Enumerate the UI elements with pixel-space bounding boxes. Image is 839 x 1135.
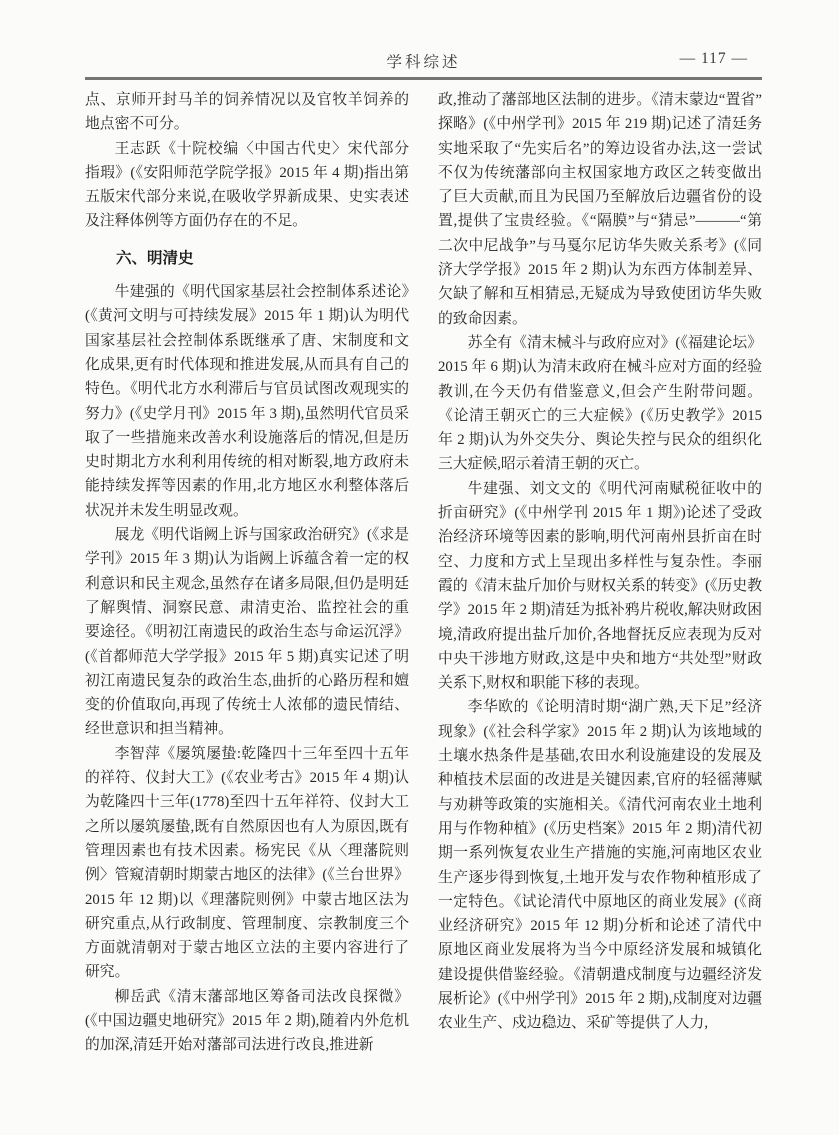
paragraph: 政,推动了藩部地区法制的进步。《清末蒙边“置省”探略》(《中州学刊》2015 年… <box>438 88 762 331</box>
right-column: 政,推动了藩部地区法制的进步。《清末蒙边“置省”探略》(《中州学刊》2015 年… <box>438 88 762 1058</box>
paragraph: 牛建强、刘文文的《明代河南赋税征收中的折亩研究》(《中州学刊 2015 年 1 … <box>438 477 762 696</box>
paragraph: 苏全有《清末械斗与政府应对》(《福建论坛》2015 年 6 期)认为清末政府在械… <box>438 331 762 477</box>
paragraph: 柳岳武《清末藩部地区筹备司法改良探微》(《中国边疆史地研究》2015 年 2 期… <box>85 985 409 1058</box>
running-head: 学科综述 — 117 — <box>85 50 762 74</box>
header-rule <box>85 77 762 80</box>
text-columns: 点、京师开封马羊的饲养情况以及官牧羊饲养的地点密不可分。 王志跃《十院校编〈中国… <box>85 88 762 1058</box>
paragraph: 展龙《明代诣阙上诉与国家政治研究》(《求是学刊》2015 年 3 期)认为诣阙上… <box>85 523 409 742</box>
paragraph: 牛建强的《明代国家基层社会控制体系述论》(《黄河文明与可持续发展》2015 年 … <box>85 280 409 523</box>
paragraph: 李智萍《屡筑屡蛰:乾隆四十三年至四十五年的祥符、仪封大工》(《农业考古》2015… <box>85 742 409 985</box>
paragraph: 李华欧的《论明清时期“湖广熟,天下足”经济现象》(《社会科学家》2015 年 2… <box>438 695 762 1035</box>
paragraph: 点、京师开封马羊的饲养情况以及官牧羊饲养的地点密不可分。 <box>85 88 409 137</box>
journal-page: 学科综述 — 117 — 点、京师开封马羊的饲养情况以及官牧羊饲养的地点密不可分… <box>0 0 839 1135</box>
running-head-title: 学科综述 <box>85 50 762 72</box>
section-heading: 六、明清史 <box>85 247 409 271</box>
page-number: — 117 — <box>680 50 748 68</box>
left-column: 点、京师开封马羊的饲养情况以及官牧羊饲养的地点密不可分。 王志跃《十院校编〈中国… <box>85 88 409 1058</box>
paragraph: 王志跃《十院校编〈中国古代史〉宋代部分指瑕》(《安阳师范学院学报》2015 年 … <box>85 137 409 234</box>
